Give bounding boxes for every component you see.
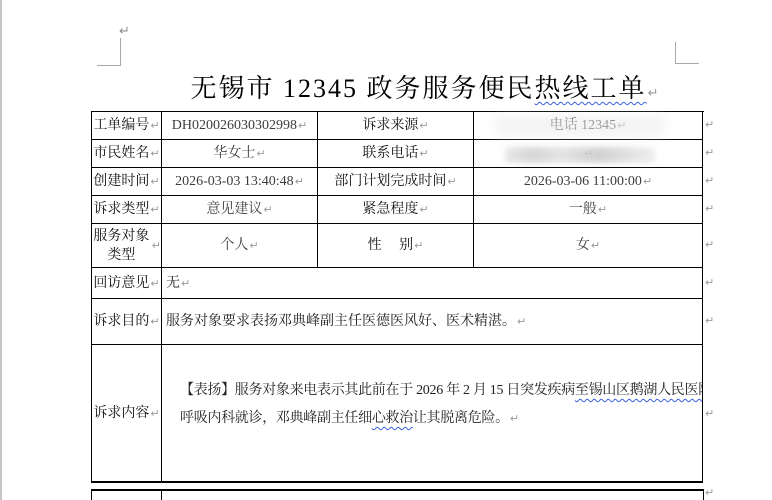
- end-of-cell-mark: ↵: [419, 200, 428, 219]
- end-of-cell-mark: ↵: [150, 172, 159, 191]
- end-of-cell-mark: ↵: [414, 236, 423, 255]
- label-cell-contact-phone: 联系电话↵: [318, 140, 474, 168]
- end-of-cell-mark: ↵: [584, 144, 593, 163]
- end-of-row-mark: ↵: [705, 118, 714, 131]
- value-cell-gender: 女↵: [474, 224, 703, 268]
- end-of-cell-mark: ↵: [510, 412, 519, 425]
- label-cell-order-number: 工单编号↵: [92, 112, 162, 140]
- value-cell-citizen-name: 华女士↵: [162, 140, 318, 168]
- value-cell-request-purpose: 服务对象要求表扬邓典峰副主任医德医风好、医术精湛。↵: [162, 299, 703, 345]
- value-cell-request-source: 电话 12345↵: [474, 112, 703, 140]
- end-of-cell-mark: ↵: [150, 274, 159, 293]
- end-of-row-mark: ↵: [705, 202, 714, 215]
- margin-crop-mark-top-right: [675, 42, 699, 64]
- paragraph-return-mark: ↵: [119, 24, 130, 39]
- table-row-visit-feedback: 回访意见↵ 无↵: [92, 268, 704, 299]
- end-of-cell-mark: ↵: [617, 116, 626, 135]
- end-of-cell-mark: ↵: [150, 144, 159, 163]
- margin-crop-mark-top-left: [97, 38, 121, 66]
- value-cell-service-object-type: 个人↵: [162, 224, 318, 268]
- end-of-cell-mark: ↵: [150, 404, 159, 423]
- value-cell-planned-finish-time: 2026-03-06 11:00:00↵: [474, 168, 703, 196]
- value-cell-request-type: 意见建议↵: [162, 196, 318, 224]
- end-of-cell-mark: ↵: [419, 116, 428, 135]
- end-of-cell-mark: ↵: [152, 236, 161, 255]
- end-of-cell-mark: ↵: [598, 200, 607, 219]
- end-of-paragraph-mark: ↵: [648, 86, 659, 101]
- label-cell-urgency: 紧急程度↵: [318, 196, 474, 224]
- end-of-cell-mark: ↵: [256, 144, 265, 163]
- label-cell-request-source: 诉求来源↵: [318, 112, 474, 140]
- label-cell-request-content: 诉求内容↵: [92, 345, 162, 483]
- end-of-cell-mark: ↵: [447, 172, 456, 191]
- table-row-request-purpose: 诉求目的↵ 服务对象要求表扬邓典峰副主任医德医风好、医术精湛。↵: [92, 299, 704, 345]
- table-row-service-object: 服务对象类型↵ 个人↵ 性 别↵ 女↵: [92, 224, 704, 268]
- end-of-row-mark: ↵: [705, 174, 714, 187]
- end-of-row-mark: ↵: [705, 276, 714, 289]
- end-of-cell-mark: ↵: [295, 172, 304, 191]
- label-cell-visit-feedback: 回访意见↵: [92, 268, 162, 299]
- end-of-cell-mark: ↵: [150, 312, 159, 331]
- end-of-cell-mark: ↵: [591, 236, 600, 255]
- table-row-citizen-name: 市民姓名↵ 华女士↵ 联系电话↵ ↵: [92, 140, 704, 168]
- label-cell-request-purpose: 诉求目的↵: [92, 299, 162, 345]
- end-of-cell-mark: ↵: [643, 172, 652, 191]
- end-of-cell-mark: ↵: [419, 144, 428, 163]
- page-title-text-spellcheck: 热线工单: [535, 74, 647, 103]
- end-of-cell-mark: ↵: [517, 312, 526, 331]
- end-of-cell-mark: ↵: [150, 116, 159, 135]
- page-title: 无锡市 12345 政务服务便民热线工单↵: [91, 68, 702, 102]
- end-of-cell-mark: ↵: [150, 200, 159, 219]
- label-cell-request-type: 诉求类型↵: [92, 196, 162, 224]
- label-cell-citizen-name: 市民姓名↵: [92, 140, 162, 168]
- work-order-table: 工单编号↵ DH020026030302998↵ 诉求来源↵ 电话 12345↵…: [91, 111, 704, 483]
- page-left-edge: [0, 0, 2, 500]
- end-of-cell-mark: ↵: [263, 200, 272, 219]
- label-cell-create-time: 创建时间↵: [92, 168, 162, 196]
- table-row-partial-bottom: [91, 489, 704, 500]
- spellcheck-underline-segment: 心救治: [372, 411, 413, 426]
- table-row-request-content: 诉求内容↵ 【表扬】服务对象来电表示其此前在于 2026 年 2 月 15 日突…: [92, 345, 704, 483]
- request-content-text: 【表扬】服务对象来电表示其此前在于 2026 年 2 月 15 日突发疾病至锡山…: [162, 345, 702, 433]
- table-row-request-type: 诉求类型↵ 意见建议↵ 紧急程度↵ 一般↵: [92, 196, 704, 224]
- table-row-order-number: 工单编号↵ DH020026030302998↵ 诉求来源↵ 电话 12345↵: [92, 112, 704, 140]
- value-cell-contact-phone-redacted: ↵: [474, 140, 703, 168]
- end-of-row-mark: ↵: [705, 407, 714, 420]
- value-cell-request-content: 【表扬】服务对象来电表示其此前在于 2026 年 2 月 15 日突发疾病至锡山…: [162, 345, 703, 483]
- end-of-row-mark: ↵: [705, 486, 714, 499]
- label-cell-service-object-type: 服务对象类型↵: [92, 224, 162, 268]
- table-row-create-time: 创建时间↵ 2026-03-03 13:40:48↵ 部门计划完成时间↵ 202…: [92, 168, 704, 196]
- spellcheck-underline-segment: 至锡山区鹅湖人民医院: [575, 383, 703, 398]
- end-of-row-mark: ↵: [705, 238, 714, 251]
- end-of-row-mark: ↵: [705, 146, 714, 159]
- value-cell-urgency: 一般↵: [474, 196, 703, 224]
- end-of-cell-mark: ↵: [181, 274, 190, 293]
- value-cell-create-time: 2026-03-03 13:40:48↵: [162, 168, 318, 196]
- value-cell-order-number: DH020026030302998↵: [162, 112, 318, 140]
- end-of-row-mark: ↵: [705, 314, 714, 327]
- value-cell-visit-feedback: 无↵: [162, 268, 703, 299]
- page-title-text: 无锡市 12345 政务服务便民: [191, 74, 535, 103]
- label-cell-planned-finish-time: 部门计划完成时间↵: [318, 168, 474, 196]
- end-of-cell-mark: ↵: [249, 236, 258, 255]
- end-of-cell-mark: ↵: [298, 116, 307, 135]
- label-cell-gender: 性 别↵: [318, 224, 474, 268]
